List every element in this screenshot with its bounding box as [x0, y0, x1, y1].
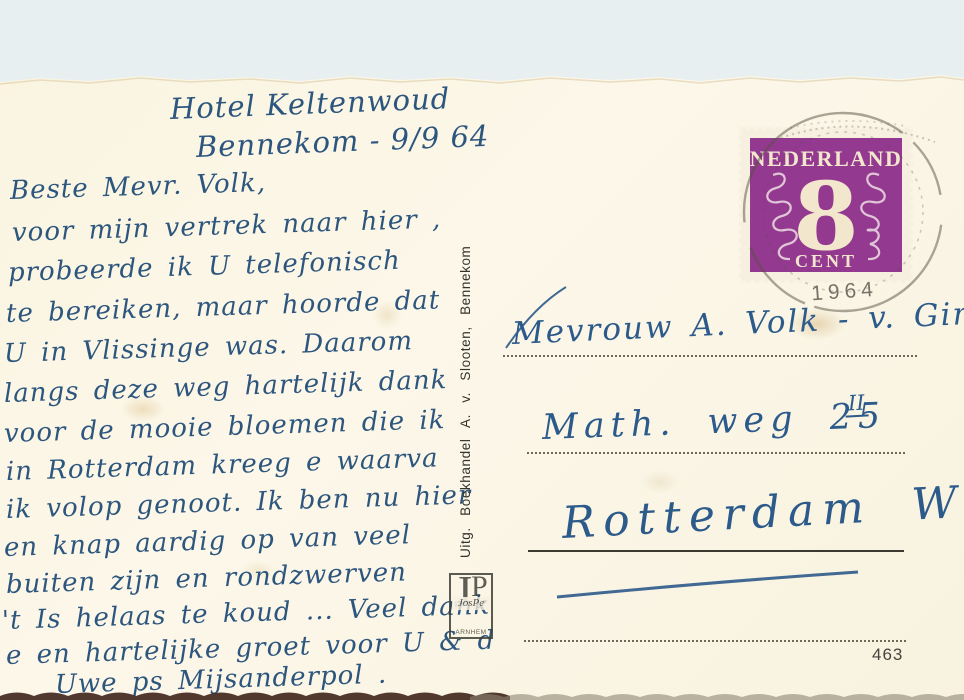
publisher-imprint: Uitg. Boekhandel A. v. Slooten, Bennekom — [458, 186, 478, 558]
card-number: 463 — [872, 645, 903, 665]
address-dotted-line-3 — [524, 640, 906, 642]
address-floor: II — [844, 390, 868, 417]
address-dotted-line-2 — [527, 452, 905, 454]
jospe-logo: J P JosPe ARNHEM — [449, 573, 493, 639]
scanned-postcard: Hotel Keltenwoud Bennekom - 9/9 64 Beste… — [0, 0, 964, 700]
address-dotted-line-1 — [503, 355, 917, 357]
address-printed-line — [528, 550, 904, 552]
logo-city: ARNHEM — [451, 629, 491, 636]
logo-name: JosPe — [452, 597, 490, 610]
